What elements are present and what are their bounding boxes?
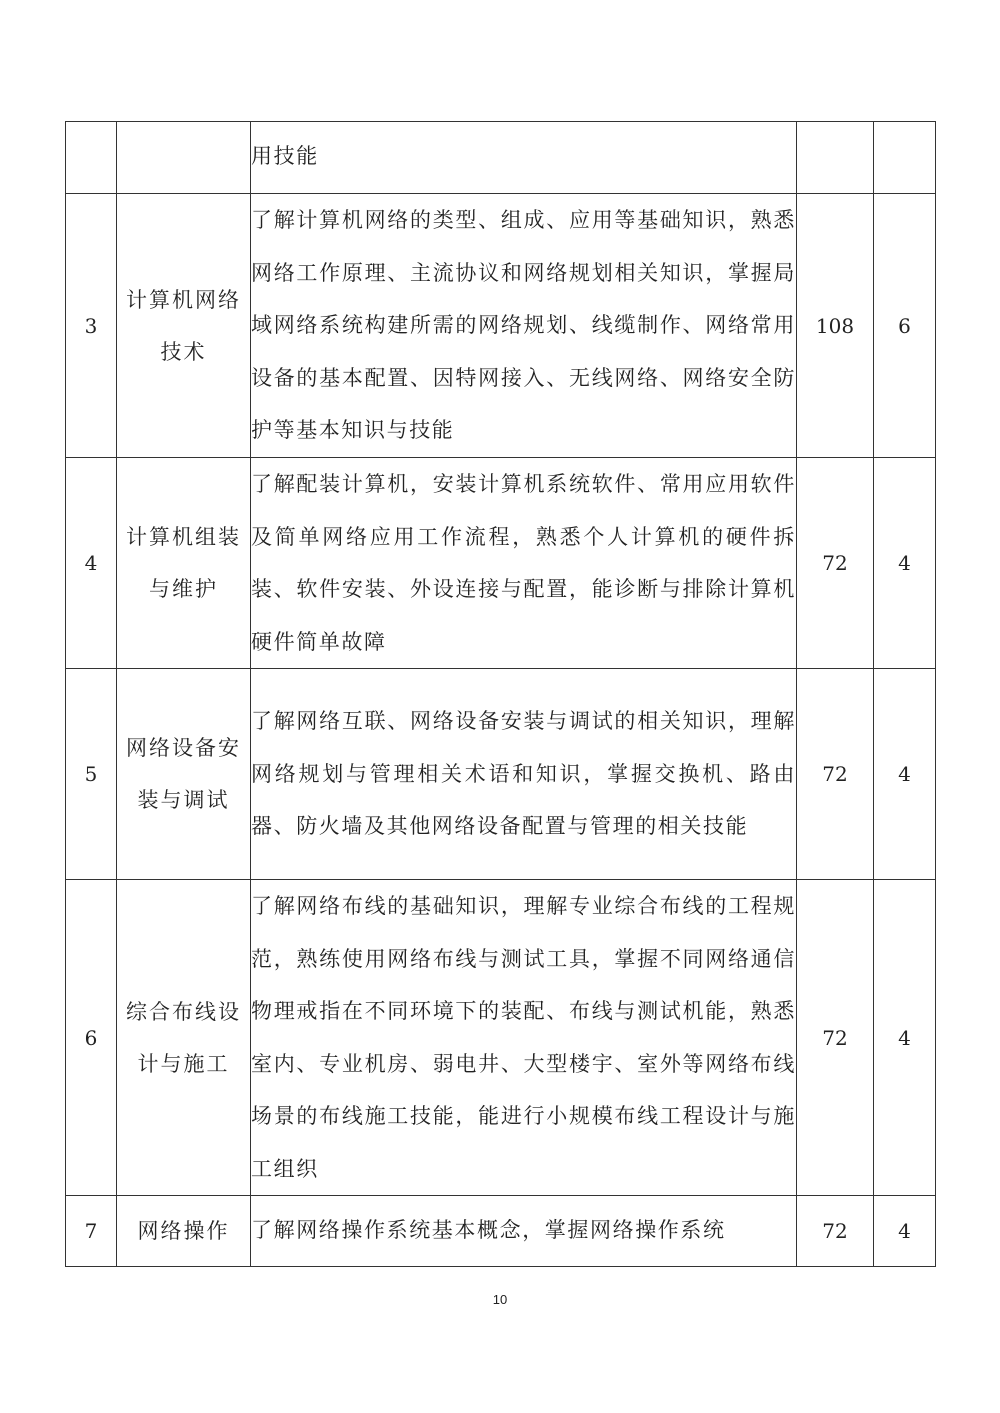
- table-row: 5 网络设备安装与调试 了解网络互联、网络设备安装与调试的相关知识，理解网络规划…: [66, 669, 936, 880]
- course-hours: 72: [797, 669, 874, 880]
- course-name: 网络设备安装与调试: [117, 669, 251, 880]
- table-row: 7 网络操作 了解网络操作系统基本概念，掌握网络操作系统 72 4: [66, 1196, 936, 1267]
- row-number: 4: [66, 458, 117, 669]
- course-name: 计算机组装与维护: [117, 458, 251, 669]
- course-description: 了解网络互联、网络设备安装与调试的相关知识，理解网络规划与管理相关术语和知识，掌…: [251, 669, 797, 880]
- course-hours: 72: [797, 880, 874, 1196]
- course-name: 网络操作: [117, 1196, 251, 1267]
- row-number: 7: [66, 1196, 117, 1267]
- course-name: 计算机网络技术: [117, 194, 251, 458]
- table-row: 3 计算机网络技术 了解计算机网络的类型、组成、应用等基础知识，熟悉网络工作原理…: [66, 194, 936, 458]
- row-number: 6: [66, 880, 117, 1196]
- course-credits: 4: [874, 1196, 936, 1267]
- table-row: 6 综合布线设计与施工 了解网络布线的基础知识，理解专业综合布线的工程规范，熟练…: [66, 880, 936, 1196]
- page-number: 10: [0, 1292, 1000, 1307]
- course-table: 用技能 3 计算机网络技术 了解计算机网络的类型、组成、应用等基础知识，熟悉网络…: [65, 121, 936, 1267]
- table-row: 用技能: [66, 122, 936, 194]
- course-credits: [874, 122, 936, 194]
- course-hours: 108: [797, 194, 874, 458]
- course-credits: 4: [874, 669, 936, 880]
- course-name: [117, 122, 251, 194]
- course-credits: 4: [874, 880, 936, 1196]
- course-description: 了解计算机网络的类型、组成、应用等基础知识，熟悉网络工作原理、主流协议和网络规划…: [251, 194, 797, 458]
- table-row: 4 计算机组装与维护 了解配装计算机，安装计算机系统软件、常用应用软件及简单网络…: [66, 458, 936, 669]
- course-description: 用技能: [251, 122, 797, 194]
- course-hours: [797, 122, 874, 194]
- course-credits: 6: [874, 194, 936, 458]
- row-number: 5: [66, 669, 117, 880]
- row-number: 3: [66, 194, 117, 458]
- course-description: 了解配装计算机，安装计算机系统软件、常用应用软件及简单网络应用工作流程，熟悉个人…: [251, 458, 797, 669]
- course-hours: 72: [797, 1196, 874, 1267]
- course-description: 了解网络操作系统基本概念，掌握网络操作系统: [251, 1196, 797, 1267]
- row-number: [66, 122, 117, 194]
- course-credits: 4: [874, 458, 936, 669]
- course-name: 综合布线设计与施工: [117, 880, 251, 1196]
- course-hours: 72: [797, 458, 874, 669]
- course-description: 了解网络布线的基础知识，理解专业综合布线的工程规范，熟练使用网络布线与测试工具，…: [251, 880, 797, 1196]
